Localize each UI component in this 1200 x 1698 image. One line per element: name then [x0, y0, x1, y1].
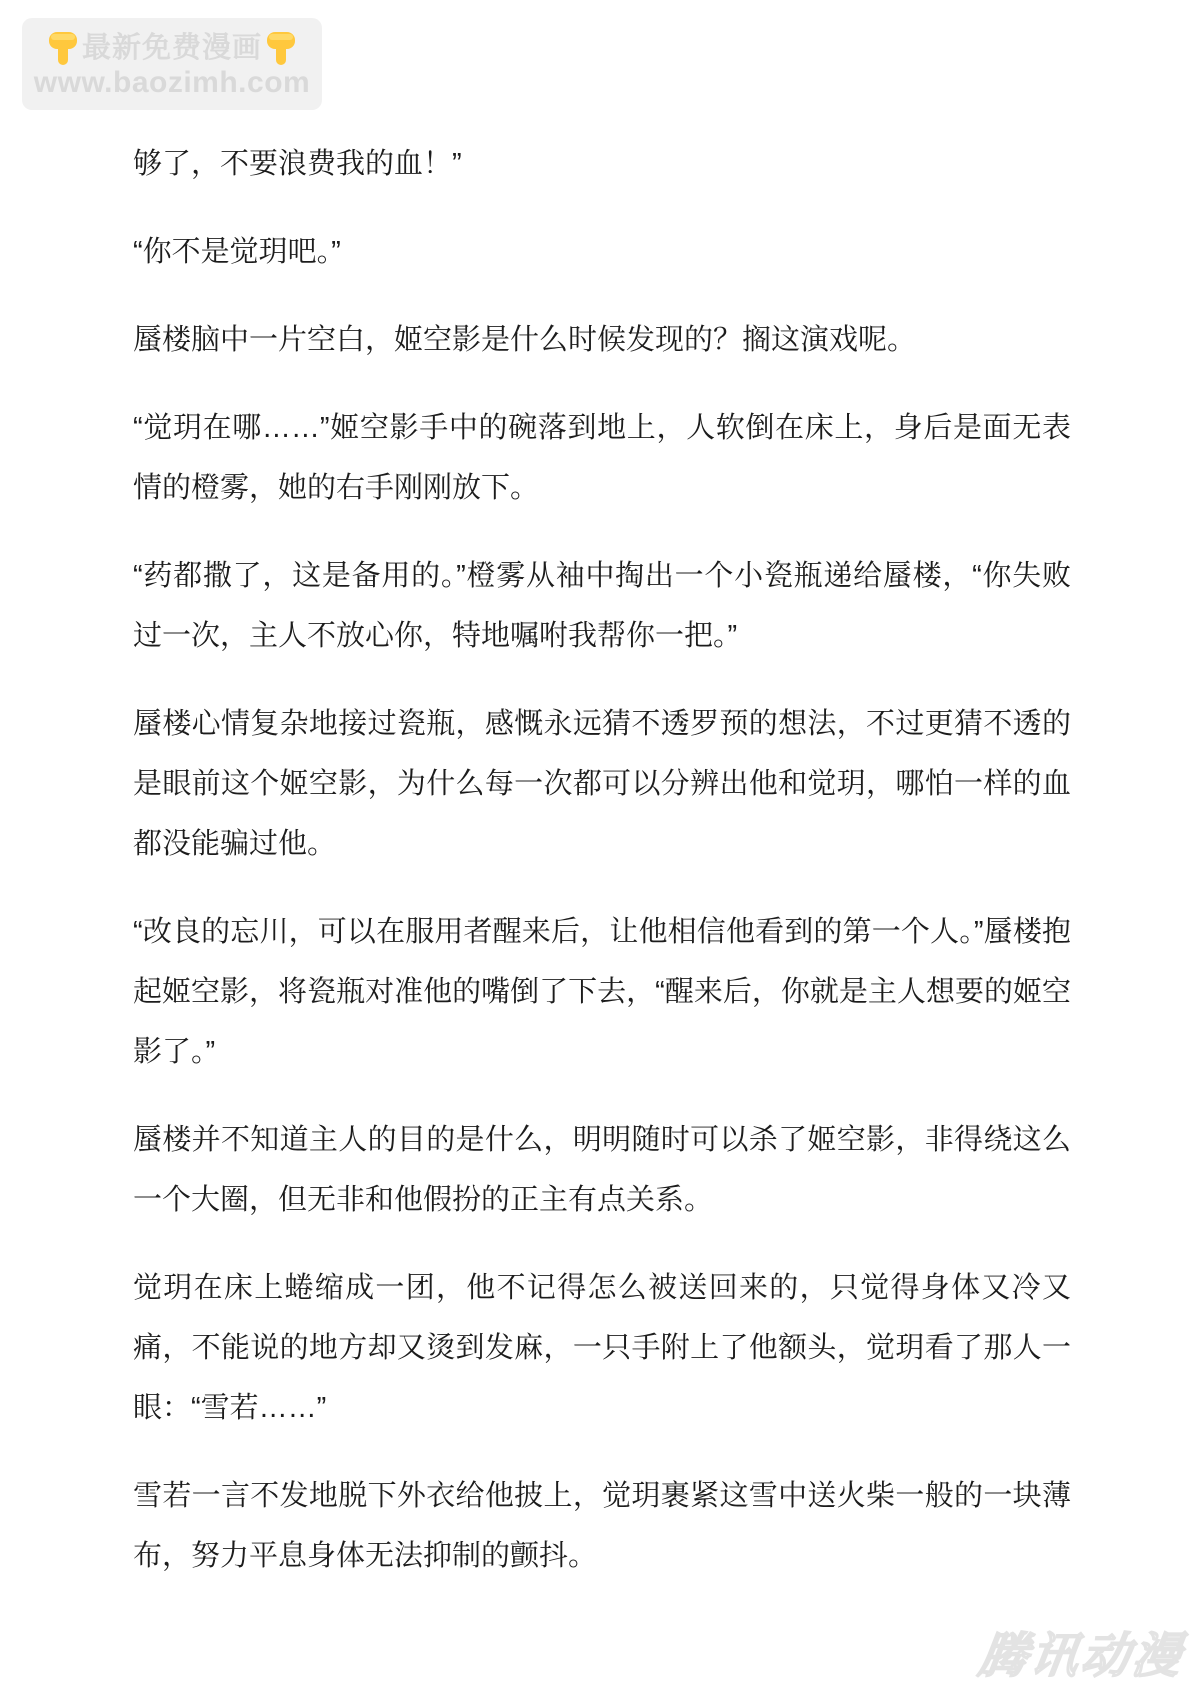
- paragraph: “觉玥在哪……”姬空影手中的碗落到地上，人软倒在床上，身后是面无表情的橙雾，她的…: [133, 398, 1071, 518]
- pointing-down-emoji: [264, 30, 298, 66]
- watermark-title: 最新免费漫画: [82, 34, 262, 63]
- novel-text-page: 最新免费漫画 www.baozimh.com 够了，不要浪费我的血！” “你不是…: [0, 0, 1200, 1698]
- paragraph: 觉玥在床上蜷缩成一团，他不记得怎么被送回来的，只觉得身体又冷又痛，不能说的地方却…: [133, 1258, 1071, 1438]
- chapter-text: 够了，不要浪费我的血！” “你不是觉玥吧。” 蜃楼脑中一片空白，姬空影是什么时候…: [133, 134, 1071, 1614]
- paragraph: 蜃楼脑中一片空白，姬空影是什么时候发现的？搁这演戏呢。: [133, 310, 1071, 370]
- site-watermark: 最新免费漫画 www.baozimh.com: [22, 18, 322, 110]
- paragraph: 蜃楼心情复杂地接过瓷瓶，感慨永远猜不透罗预的想法，不过更猜不透的是眼前这个姬空影…: [133, 694, 1071, 874]
- paragraph: 雪若一言不发地脱下外衣给他披上，觉玥裹紧这雪中送火柴一般的一块薄布，努力平息身体…: [133, 1466, 1071, 1586]
- paragraph: “药都撒了，这是备用的。”橙雾从袖中掏出一个小瓷瓶递给蜃楼，“你失败过一次，主人…: [133, 546, 1071, 666]
- watermark-title-row: 最新免费漫画: [46, 30, 298, 66]
- pointing-down-emoji: [46, 30, 80, 66]
- watermark-url: www.baozimh.com: [34, 68, 310, 98]
- paragraph: “你不是觉玥吧。”: [133, 222, 1071, 282]
- paragraph: “改良的忘川，可以在服用者醒来后，让他相信他看到的第一个人。”蜃楼抱起姬空影，将…: [133, 902, 1071, 1082]
- paragraph: 够了，不要浪费我的血！”: [133, 134, 1071, 194]
- paragraph: 蜃楼并不知道主人的目的是什么，明明随时可以杀了姬空影，非得绕这么一个大圈，但无非…: [133, 1110, 1071, 1230]
- tencent-comics-logo: 腾讯动漫: [975, 1617, 1189, 1686]
